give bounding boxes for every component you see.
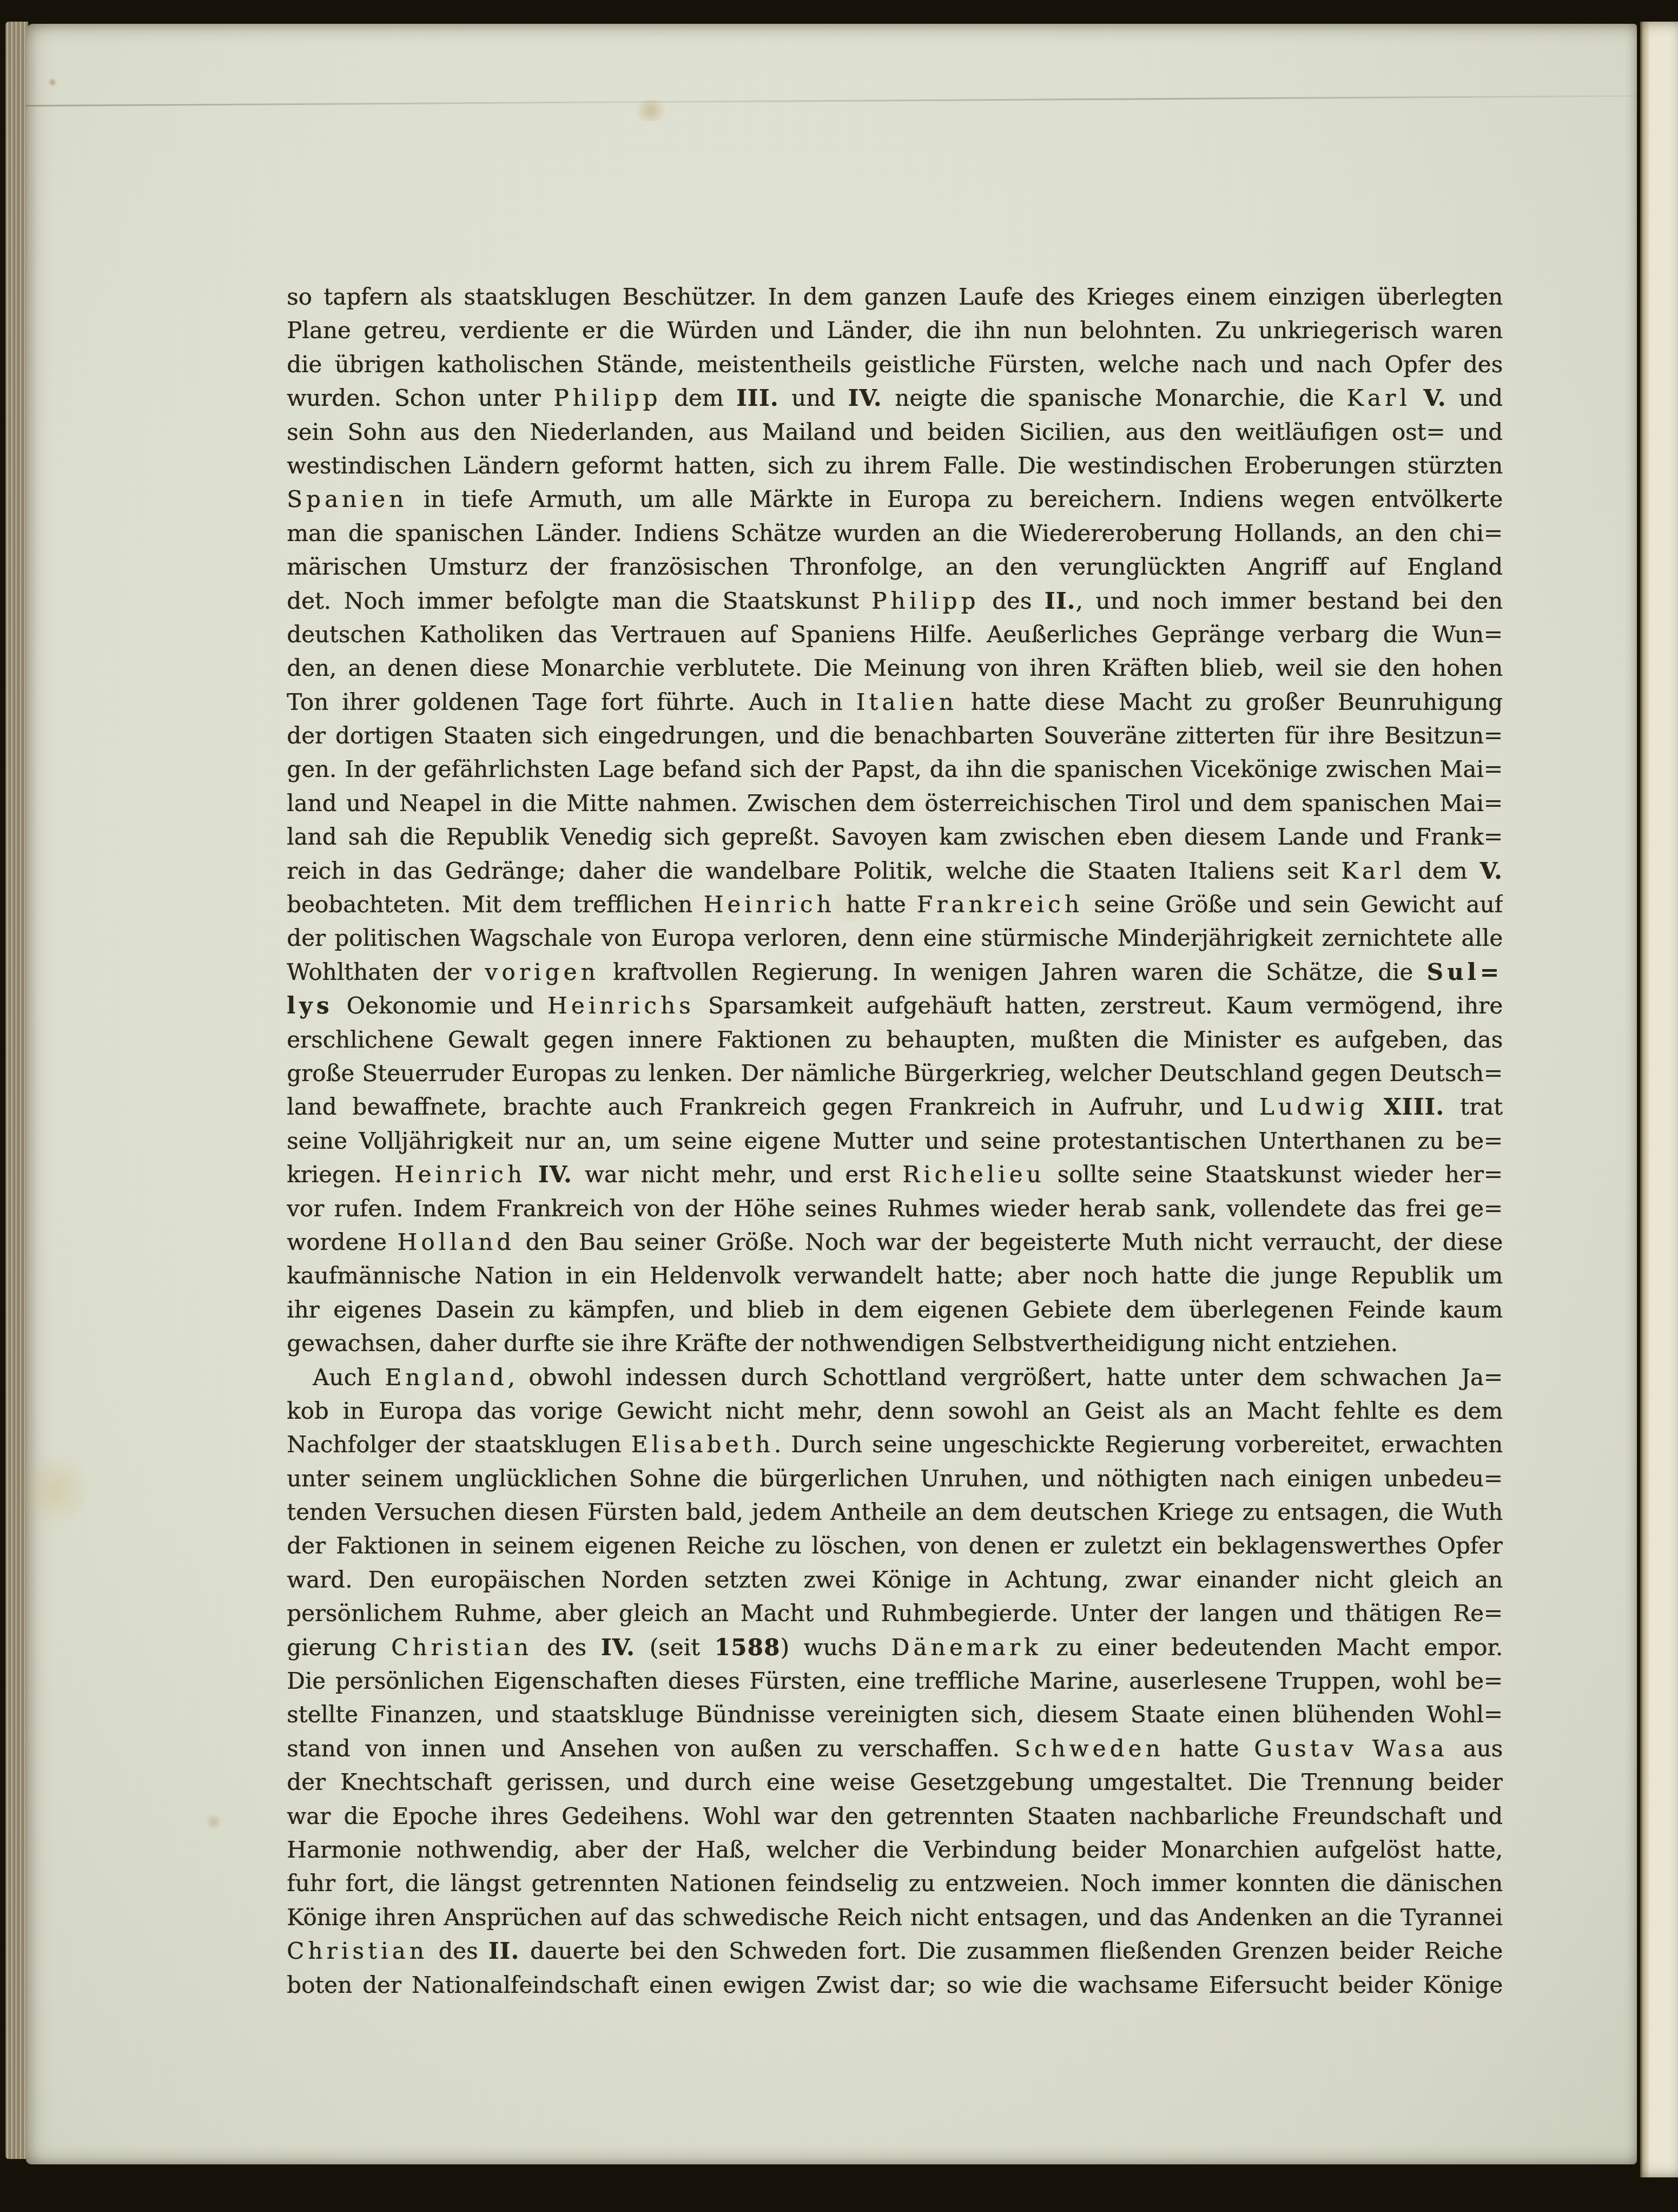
text-line: gen. In der gefährlichsten Lage befand s… [287,753,1503,786]
text-line: persönlichem Ruhme, aber gleich an Macht… [287,1597,1503,1630]
letterspaced-name: Gustav [1254,1735,1357,1762]
paper-stain [204,1815,223,1829]
antiqua-segment: V. [1480,858,1503,884]
text-line: die übrigen katholischen Stände, meisten… [287,348,1503,381]
text-line: kriegen. Heinrich IV. war nicht mehr, un… [287,1158,1503,1191]
text-line: der dortigen Staaten sich eingedrungen, … [287,719,1503,753]
text-line: tenden Versuchen diesen Fürsten bald, je… [287,1496,1503,1529]
text-line: den, an denen diese Monarchie verblutete… [287,651,1503,685]
page-text: so tapfern als staatsklugen Beschützer. … [287,280,1503,2002]
letterspaced-name: Karl [1346,385,1411,411]
text-line: man die spanischen Länder. Indiens Schät… [287,517,1503,550]
text-line: boten der Nationalfeindschaft einen ewig… [287,1969,1503,2002]
text-line: Könige ihren Ansprüchen auf das schwedis… [287,1901,1503,1934]
next-page-edge [1640,22,1678,2177]
text-line: deutschen Katholiken das Vertrauen auf S… [287,618,1503,651]
text-line: erschlichene Gewalt gegen innere Faktion… [287,1023,1503,1057]
antiqua-segment: Sul= [1426,959,1503,985]
text-line: so tapfern als staatsklugen Beschützer. … [287,280,1503,314]
letterspaced-name: Dänemark [891,1634,1041,1661]
letterspaced-name: Ludwig [1259,1094,1368,1120]
letterspaced-name: Philipp [553,385,661,411]
antiqua-segment: IV. [848,385,882,411]
text-line: stand von innen und Ansehen von außen zu… [287,1732,1503,1766]
paragraph: Auch England, obwohl indessen durch Scho… [287,1361,1503,2002]
antiqua-segment: XIII. [1384,1094,1444,1120]
letterspaced-name: Schweden [1015,1735,1164,1762]
text-line: gewachsen, daher durfte sie ihre Kräfte … [287,1327,1503,1360]
antiqua-segment: II. [488,1938,520,1964]
text-line: wordene Holland den Bau seiner Größe. No… [287,1226,1503,1259]
text-line: märischen Umsturz der französischen Thro… [287,550,1503,584]
letterspaced-name: Heinrich [394,1161,526,1188]
text-line: westindischen Ländern geformt hatten, si… [287,449,1503,483]
letterspaced-name: Holland [397,1229,515,1255]
letterspaced-name: vorigen [485,959,599,985]
text-line: Wohlthaten der vorigen kraftvollen Regie… [287,956,1503,989]
letterspaced-name: Christian [287,1938,428,1964]
antiqua-segment: IV. [601,1634,635,1661]
letterspaced-name: Christian [391,1634,532,1661]
book-fore-edge-pages [5,22,28,2159]
text-line: der Knechtschaft gerissen, und durch ein… [287,1766,1503,1799]
letterspaced-name: Richelieu [902,1161,1045,1188]
text-line: land und Neapel in die Mitte nahmen. Zwi… [287,787,1503,820]
antiqua-segment: II. [1045,588,1076,614]
text-line: ward. Den europäischen Norden setzten zw… [287,1563,1503,1597]
text-line: kob in Europa das vorige Gewicht nicht m… [287,1394,1503,1428]
text-line: war die Epoche ihres Gedeihens. Wohl war… [287,1800,1503,1833]
letterspaced-name: England [385,1364,507,1391]
antiqua-segment: lys [287,992,333,1019]
letterspaced-name: Frankreich [917,891,1083,918]
antiqua-segment: IV. [538,1161,572,1188]
text-line: lys Oekonomie und Heinrichs Sparsamkeit … [287,989,1503,1023]
antiqua-segment: III. [736,385,779,411]
book-page: so tapfern als staatsklugen Beschützer. … [26,24,1637,2164]
antiqua-segment: V. [1423,385,1446,411]
text-line: vor rufen. Indem Frankreich von der Höhe… [287,1192,1503,1226]
text-line: Spanien in tiefe Armuth, um alle Märkte … [287,483,1503,516]
text-line: fuhr fort, die längst getrennten Natione… [287,1867,1503,1900]
text-line: land sah die Republik Venedig sich gepre… [287,820,1503,854]
text-line: reich in das Gedränge; daher die wandelb… [287,854,1503,888]
text-line: Harmonie nothwendig, aber der Haß, welch… [287,1833,1503,1867]
letterspaced-name: lys [287,992,333,1019]
text-line: Auch England, obwohl indessen durch Scho… [287,1361,1503,1394]
text-line: Ton ihrer goldenen Tage fort führte. Auc… [287,686,1503,719]
paper-stain [22,1447,87,1533]
letterspaced-name: Karl [1341,858,1405,884]
paper-stain [48,78,57,87]
text-line: det. Noch immer befolgte man die Staatsk… [287,584,1503,618]
letterspaced-name: Spanien [287,486,407,512]
text-line: kaufmännische Nation in ein Heldenvolk v… [287,1259,1503,1293]
paper-crease [26,95,1637,107]
text-line: sein Sohn aus den Niederlanden, aus Mail… [287,416,1503,449]
letterspaced-name: Sul= [1426,959,1503,985]
letterspaced-name: Italien [856,689,957,715]
paragraph: so tapfern als staatsklugen Beschützer. … [287,280,1503,1361]
antiqua-segment: 1588 [715,1634,781,1661]
text-line: seine Volljährigkeit nur an, um seine ei… [287,1124,1503,1158]
letterspaced-name: Heinrichs [547,992,695,1019]
text-line: der politischen Wagschale von Europa ver… [287,921,1503,955]
text-line: Plane getreu, verdiente er die Würden un… [287,314,1503,347]
text-line: stellte Finanzen, und staatskluge Bündni… [287,1698,1503,1732]
letterspaced-name: Philipp [871,588,979,614]
text-line: der Faktionen in seinem eigenen Reiche z… [287,1529,1503,1563]
text-line: wurden. Schon unter Philipp dem III. und… [287,381,1503,415]
text-line: gierung Christian des IV. (seit 1588) wu… [287,1631,1503,1664]
text-line: beobachteten. Mit dem trefflichen Heinri… [287,888,1503,921]
letterspaced-name: Elisabeth [631,1431,774,1458]
text-line: Die persönlichen Eigenschaften dieses Fü… [287,1664,1503,1698]
text-line: Christian des II. dauerte bei den Schwed… [287,1934,1503,1968]
text-line: land bewaffnete, brachte auch Frankreich… [287,1090,1503,1124]
letterspaced-name: Heinrich [703,891,835,918]
text-line: Nachfolger der staatsklugen Elisabeth. D… [287,1428,1503,1462]
letterspaced-name: Wasa [1372,1735,1448,1762]
text-line: große Steuerruder Europas zu lenken. Der… [287,1057,1503,1090]
book-scan: so tapfern als staatsklugen Beschützer. … [0,0,1678,2212]
text-line: ihr eigenes Dasein zu kämpfen, und blieb… [287,1293,1503,1327]
text-line: unter seinem unglücklichen Sohne die bür… [287,1462,1503,1496]
